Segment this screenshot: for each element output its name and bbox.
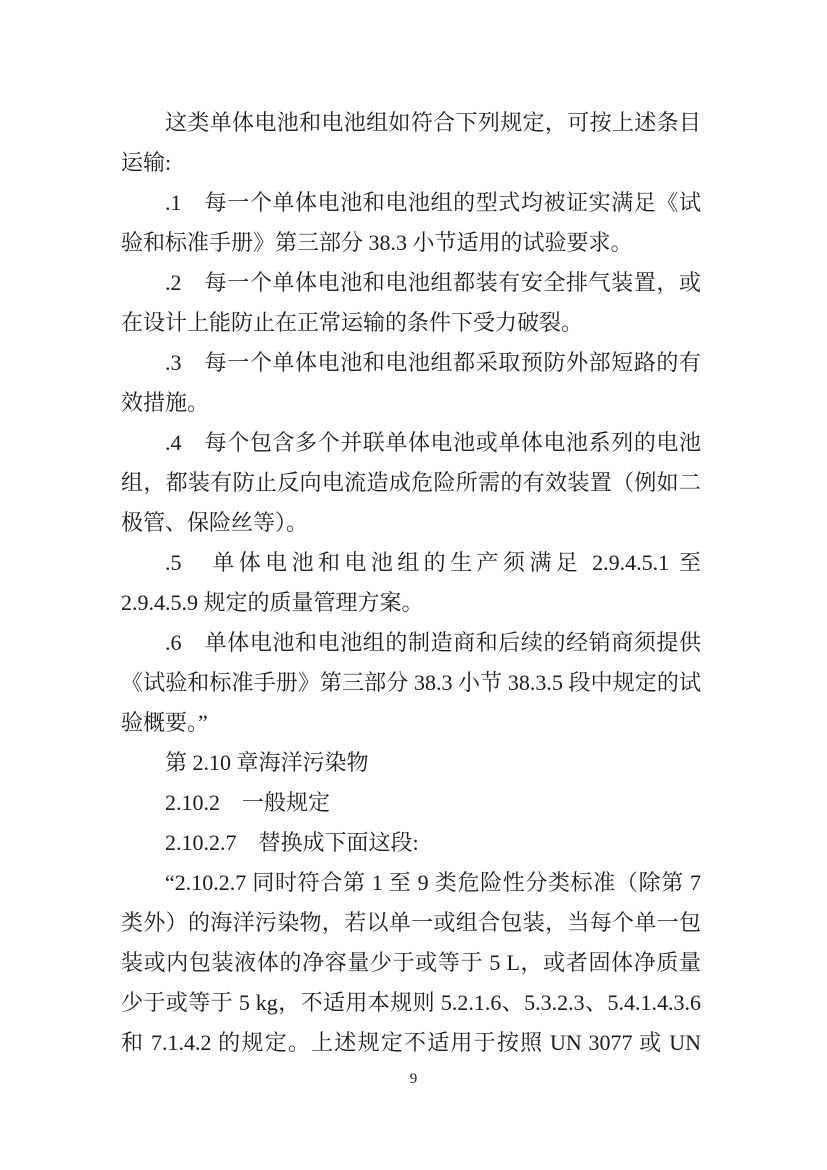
text-line: 少于或等于 5 kg，不适用本规则 5.2.1.6、5.3.2.3、5.4.1.… [121, 983, 701, 1023]
text-line: 第 2.10 章海洋污染物 [121, 743, 701, 783]
paragraph-replacement-text: “2.10.2.7 同时符合第 1 至 9 类危险性分类标准（除第 7 类外）的… [121, 863, 701, 1063]
text-line: 《试验和标准手册》第三部分 38.3 小节 38.3.5 段中规定的试 [121, 663, 701, 703]
text-line: 类外）的海洋污染物，若以单一或组合包装，当每个单一包 [121, 903, 701, 943]
text-line: 验概要。” [121, 703, 701, 743]
text-line: 验和标准手册》第三部分 38.3 小节适用的试验要求。 [121, 223, 701, 263]
document-page: 这类单体电池和电池组如符合下列规定，可按上述条目 运输: .1 每一个单体电池和… [0, 0, 827, 1170]
text-line: 2.10.2.7 替换成下面这段: [121, 823, 701, 863]
text-line: 这类单体电池和电池组如符合下列规定，可按上述条目 [121, 103, 701, 143]
paragraph-intro: 这类单体电池和电池组如符合下列规定，可按上述条目 运输: [121, 103, 701, 183]
text-line: .2 每一个单体电池和电池组都装有安全排气装置，或 [121, 263, 701, 303]
paragraph-clause-5: .5 单体电池和电池组的生产须满足 2.9.4.5.1 至 2.9.4.5.9 … [121, 543, 701, 623]
text-line: .1 每一个单体电池和电池组的型式均被证实满足《试 [121, 183, 701, 223]
section-heading-2-10-2: 2.10.2 一般规定 [121, 783, 701, 823]
paragraph-clause-3: .3 每一个单体电池和电池组都采取预防外部短路的有 效措施。 [121, 343, 701, 423]
text-line: 在设计上能防止在正常运输的条件下受力破裂。 [121, 303, 701, 343]
text-line: 2.9.4.5.9 规定的质量管理方案。 [121, 583, 701, 623]
paragraph-clause-2: .2 每一个单体电池和电池组都装有安全排气装置，或 在设计上能防止在正常运输的条… [121, 263, 701, 343]
text-line: .3 每一个单体电池和电池组都采取预防外部短路的有 [121, 343, 701, 383]
text-line: 2.10.2 一般规定 [121, 783, 701, 823]
text-line: 极管、保险丝等）。 [121, 503, 701, 543]
paragraph-clause-4: .4 每个包含多个并联单体电池或单体电池系列的电池 组，都装有防止反向电流造成危… [121, 423, 701, 543]
text-line: “2.10.2.7 同时符合第 1 至 9 类危险性分类标准（除第 7 [121, 863, 701, 903]
paragraph-clause-6: .6 单体电池和电池组的制造商和后续的经销商须提供 《试验和标准手册》第三部分 … [121, 623, 701, 743]
text-line: 运输: [121, 143, 701, 183]
text-line: .4 每个包含多个并联单体电池或单体电池系列的电池 [121, 423, 701, 463]
document-body: 这类单体电池和电池组如符合下列规定，可按上述条目 运输: .1 每一个单体电池和… [121, 103, 701, 1063]
chapter-heading-2-10: 第 2.10 章海洋污染物 [121, 743, 701, 783]
text-line: 效措施。 [121, 383, 701, 423]
text-line: .6 单体电池和电池组的制造商和后续的经销商须提供 [121, 623, 701, 663]
amendment-instruction-2-10-2-7: 2.10.2.7 替换成下面这段: [121, 823, 701, 863]
text-line: 装或内包装液体的净容量少于或等于 5 L，或者固体净质量 [121, 943, 701, 983]
text-line: .5 单体电池和电池组的生产须满足 2.9.4.5.1 至 [121, 543, 701, 583]
text-line: 和 7.1.4.2 的规定。上述规定不适用于按照 UN 3077 或 UN [121, 1023, 701, 1063]
text-line: 组，都装有防止反向电流造成危险所需的有效装置（例如二 [121, 463, 701, 503]
page-number: 9 [0, 1068, 827, 1090]
paragraph-clause-1: .1 每一个单体电池和电池组的型式均被证实满足《试 验和标准手册》第三部分 38… [121, 183, 701, 263]
